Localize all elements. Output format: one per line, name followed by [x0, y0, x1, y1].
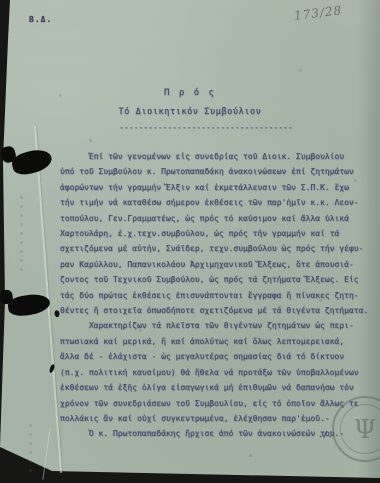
body-line: ὑπό τοῦ Συμβούλου κ. Πρωτοπαπαδάκη ἀνακο… [60, 164, 374, 179]
body-line: ἀφορώντων τήν γραμμήν Ἕλξιν καί ἐκμετάλλ… [60, 180, 374, 195]
body-line: τήν τιμήν νά καταθέσω σήμερον ἐκθέσεις τ… [60, 195, 374, 210]
stamp-monogram: Ψ [354, 417, 377, 443]
body-line: θέντες ἤ στοιχεῖα ὁπωσδήποτε σχετιζόμενα… [60, 303, 374, 318]
body-line: χρόνον τῶν συνεδριάσεων τοῦ Συμβουλίου, … [60, 396, 374, 411]
paper-speckles [0, 0, 1, 1]
body-line: τάς δύο πρώτας ἐκθέσεις ἐπισυνάπτονται ἔ… [60, 288, 374, 303]
letter-body: Ἐπί τῶν γενομένων εἰς συνεδρίας τοῦ Διοι… [60, 149, 374, 442]
body-line: Ἐπί τῶν γενομένων εἰς συνεδρίας τοῦ Διοι… [60, 149, 374, 164]
body-line: Χαρτουλάρη, ἐ.χ.τεχν.συμβούλου, ὡς πρός … [60, 226, 374, 241]
body-line: πολλάκις ἄν καί οὐχί συγκεντρωμένα, ἐλέχ… [60, 411, 374, 426]
body-line: ἐκθέσεων τά ἑξῆς ὀλίγα εἰσαγωγικά μή ἐπι… [60, 380, 374, 395]
letter-heading: Π ρ ό ς Τό Διοικητικόν Συμβούλιον ------… [0, 88, 380, 132]
body-line: Χαρακτηρίζων τά πλεῖστα τῶν θιγέντων ζητ… [60, 318, 374, 333]
page-continuation-mark: ./. [318, 430, 332, 439]
body-line: πτωσιακά καί μερικά, ἤ καί ἀπολύτως καί … [60, 334, 374, 349]
heading-recipient: Τό Διοικητικόν Συμβούλιον [0, 107, 380, 117]
body-line: ραν Καρύλλου, Παπανικολάου Ἀρχιμηχανικοῦ… [60, 257, 374, 272]
top-left-reference-mark: Β.Δ. [29, 15, 52, 24]
margin-pencil-marks [29, 424, 32, 474]
body-line: σχετιζόμενα μέ αὐτήν, Σνάϊδερ, τεχν.συμβ… [60, 241, 374, 256]
body-line: τοπούλου, Γεν.Γραμματέως, ὡς πρός τό καύ… [60, 211, 374, 226]
body-line: ζοντος τοῦ Τεχνικοῦ Συμβούλου, ὡς πρός τ… [60, 272, 374, 287]
heading-divider-rule: ------------------------------------ [0, 123, 380, 132]
body-line: (π.χ. πολιτική καυσίμου) θά ἤθελα νά προ… [60, 365, 374, 380]
scanned-document: Β.Δ. 173/28 Π ρ ό ς Τό Διοικητικόν Συμβο… [0, 0, 380, 483]
margin-pencil-marks [20, 196, 23, 274]
heading-to-label: Π ρ ό ς [0, 88, 380, 98]
body-line: ἄλλα δέ - ἐλάχιστα - ὡς μεγαλυτέρας σημα… [60, 349, 374, 364]
